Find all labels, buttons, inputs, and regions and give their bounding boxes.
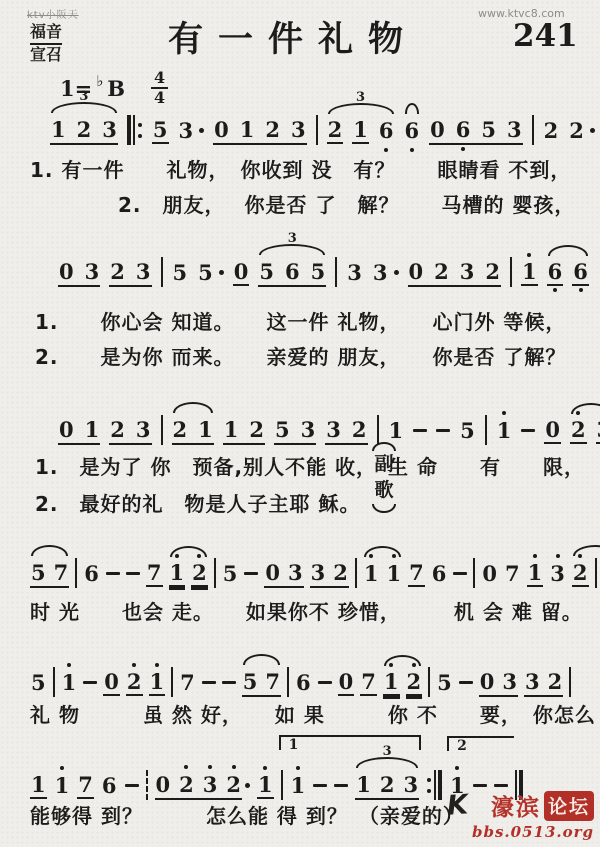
note: 5	[30, 558, 47, 586]
slur-arc-icon	[173, 402, 213, 413]
note-digit: 3	[311, 562, 326, 583]
note-digit: 1	[528, 562, 543, 583]
note: 2	[248, 415, 265, 443]
note-digit: 0	[265, 562, 280, 583]
note-digit: 2	[328, 119, 343, 140]
note: 6	[404, 116, 421, 144]
music-line-5: 510217576071250332	[30, 662, 571, 702]
note: 2	[178, 770, 195, 798]
note: 1	[257, 771, 274, 799]
octave-dot-below-icon	[579, 288, 583, 292]
note: 2	[568, 116, 585, 144]
note: 1	[496, 416, 513, 444]
beam-group: 0653	[429, 115, 523, 145]
note: 0	[544, 416, 561, 444]
note: 1	[363, 559, 380, 587]
octave-dot-below-icon	[384, 148, 388, 152]
barline	[287, 667, 289, 697]
note: 1	[355, 770, 372, 798]
note-digit: 7	[78, 774, 93, 795]
note-digit: 3	[404, 774, 419, 795]
note-digit: 2	[544, 120, 559, 141]
note-digit: 5	[437, 672, 452, 693]
lyrics-row-4: 2. 是为你 而来。 亲爱的 朋友， 你是否 了解？	[35, 345, 566, 369]
note-digit: 5	[460, 420, 475, 441]
note: 2	[327, 116, 344, 144]
note-digit: 7	[180, 672, 195, 693]
note: 7	[53, 558, 70, 586]
note-digit: 2	[352, 419, 367, 440]
note: 3	[135, 257, 152, 285]
beam-group: 03	[479, 667, 518, 697]
octave-dot-above-icon	[232, 765, 236, 769]
note: 3	[101, 115, 118, 143]
note-digit: 0	[234, 261, 249, 282]
note: 7	[264, 667, 281, 695]
note: 3	[290, 115, 307, 143]
slur-arc-icon	[31, 545, 68, 556]
note: 5	[172, 258, 189, 286]
octave-dot-above-icon	[197, 554, 201, 558]
barline	[53, 667, 55, 697]
barline	[161, 257, 163, 287]
note-digit: 5	[275, 419, 290, 440]
note-digit: 1	[353, 119, 368, 140]
note: 1	[239, 115, 256, 143]
slur-group: 57	[242, 667, 281, 697]
note: 6	[455, 115, 472, 143]
page-number: 241	[513, 18, 578, 54]
barline	[214, 558, 216, 588]
octave-dot-above-icon	[60, 766, 64, 770]
note-digit: 2	[265, 119, 280, 140]
lyrics-row-5: 1. 是为了 你 预备,别人不能 收， 生 命 有 限，	[35, 455, 585, 479]
note-digit: 3	[288, 562, 303, 583]
duration-dash	[244, 572, 258, 575]
volta-number: 1	[289, 737, 299, 753]
duration-dash	[125, 784, 139, 787]
note: 3	[372, 258, 389, 286]
note: 2	[109, 257, 126, 285]
beam-group: 0232	[408, 257, 502, 287]
note: 0	[233, 258, 250, 286]
note-digit: 3	[347, 262, 362, 283]
note-digit: 1	[364, 563, 379, 584]
song-title: 有一件礼物	[168, 12, 418, 62]
note-digit: 2	[77, 119, 92, 140]
refrain-marker-top-char: 副	[374, 452, 393, 478]
barline	[532, 115, 534, 145]
note-digit: 1	[85, 419, 100, 440]
repeat-open-barline	[127, 115, 143, 145]
note: 2	[76, 115, 93, 143]
note-digit: 3	[550, 563, 565, 584]
note-digit: 1	[522, 261, 537, 282]
note: 0	[58, 415, 75, 443]
note: 5	[480, 115, 497, 143]
note: 2	[332, 558, 349, 586]
note: 3	[403, 770, 420, 798]
note-digit: 1	[51, 119, 66, 140]
note-digit: 2	[173, 419, 188, 440]
note: 2	[379, 770, 396, 798]
note-digit: 5	[259, 261, 274, 282]
note: 5	[459, 416, 476, 444]
forum-name-boxed: 论坛	[544, 791, 594, 821]
note: 0	[408, 257, 425, 285]
note: 5	[436, 668, 453, 696]
forum-name: 濠滨	[491, 789, 541, 822]
note: 3	[287, 558, 304, 586]
note-digit: 2	[407, 671, 422, 692]
music-line-3: 0123211253321510237	[58, 410, 600, 450]
note-digit: 7	[409, 562, 424, 583]
note-digit: 2	[110, 419, 125, 440]
augmentation-dot	[590, 128, 595, 133]
note: 3	[325, 415, 342, 443]
tuplet-number: 3	[327, 90, 395, 105]
lyrics-row-7: 时 光 也会 走。 如果你不 珍惜， 机 会 难 留。	[30, 600, 583, 624]
note: 6	[83, 559, 100, 587]
slur-group: 23	[570, 416, 600, 444]
note-digit: 3	[597, 419, 600, 440]
augmentation-dot	[394, 270, 399, 275]
barline	[316, 115, 318, 145]
note-digit: 6	[379, 120, 394, 141]
lyrics-row-8: 礼 物 虽 然 好， 如 果 你 不 要， 你怎么	[30, 703, 596, 727]
note: 5	[258, 257, 275, 285]
note-digit: 7	[361, 671, 376, 692]
note-digit: 0	[59, 419, 74, 440]
note: 0	[481, 559, 498, 587]
music-line-1: 312353012332166065322	[50, 110, 595, 150]
octave-dot-above-icon	[455, 766, 459, 770]
note-digit: 0	[339, 671, 354, 692]
note-digit: 2	[192, 562, 207, 583]
note-digit: 1	[497, 420, 512, 441]
category-label-bottom: 宣召	[30, 45, 62, 65]
note: 2	[433, 257, 450, 285]
note-digit: 5	[173, 262, 188, 283]
lyrics-row-9: 能够得 到？ 怎么能 得 到？ （亲爱的）	[30, 804, 464, 828]
tuplet-number: 3	[355, 744, 419, 759]
note: 1	[84, 415, 101, 443]
octave-dot-above-icon	[412, 663, 416, 667]
note: 3	[84, 257, 101, 285]
note-digit: 6	[285, 261, 300, 282]
note: 3	[346, 258, 363, 286]
lyrics-row-3: 1. 你心会 知道。 这一件 礼物， 心门外 等候，	[35, 310, 566, 334]
note: 2	[547, 667, 564, 695]
note: 3	[202, 770, 219, 798]
note-digit: 3	[502, 671, 517, 692]
music-line-4: 576712503321176071322	[30, 553, 600, 593]
barline	[485, 415, 487, 445]
note-digit: 3	[373, 262, 388, 283]
beam-group: 32	[310, 558, 349, 588]
note-digit: 1	[170, 562, 185, 583]
slur-group: 66	[547, 258, 589, 286]
note: 1	[54, 771, 71, 799]
octave-dot-above-icon	[184, 765, 188, 769]
note-digit: 0	[482, 563, 497, 584]
note: 2	[264, 115, 281, 143]
note: 1	[290, 771, 307, 799]
octave-dot-above-icon	[208, 765, 212, 769]
note: 7	[146, 559, 163, 587]
note: 6	[284, 257, 301, 285]
note-digit: 5	[311, 261, 326, 282]
note-digit: 2	[333, 562, 348, 583]
repeat-dots-icon	[138, 123, 142, 138]
note-digit: 5	[153, 119, 168, 140]
octave-dot-above-icon	[578, 554, 582, 558]
note-digit: 5	[223, 563, 238, 584]
octave-dot-above-icon	[533, 554, 537, 558]
note-digit: 7	[54, 562, 69, 583]
slur-group: 11	[363, 559, 402, 587]
repeat-close-barline	[426, 770, 442, 800]
octave-dot-above-icon	[556, 554, 560, 558]
note-digit: 6	[102, 775, 117, 796]
note-digit: 3	[85, 261, 100, 282]
duration-dash	[473, 784, 487, 787]
note-digit: 6	[456, 119, 471, 140]
note: 5	[274, 415, 291, 443]
octave-dot-above-icon	[175, 554, 179, 558]
barline	[428, 667, 430, 697]
note: 1	[521, 258, 538, 286]
note: 3	[596, 416, 600, 444]
note: 2	[172, 415, 189, 443]
note: 0	[58, 257, 75, 285]
barline	[377, 415, 379, 445]
note-digit: 3	[203, 774, 218, 795]
tuplet-group: 3123	[50, 115, 118, 145]
note-digit: 6	[405, 120, 420, 141]
note-digit: 2	[179, 774, 194, 795]
note-digit: 1	[31, 774, 46, 795]
note-digit: 6	[84, 563, 99, 584]
slur-group: 22	[572, 558, 600, 588]
note-digit: 7	[265, 671, 280, 692]
corner-watermark: ktv小阪天	[27, 6, 79, 21]
octave-dot-above-icon	[576, 411, 580, 415]
slur-group: 12	[169, 559, 208, 587]
note: 7	[504, 559, 521, 587]
octave-dot-above-icon	[155, 663, 159, 667]
octave-dot-above-icon	[369, 554, 373, 558]
note-digit: 2	[380, 774, 395, 795]
note: 2	[406, 668, 423, 696]
barline	[569, 667, 571, 697]
note-digit: 0	[156, 774, 171, 795]
slur-arc-icon	[243, 654, 280, 665]
note-digit: 1	[387, 563, 402, 584]
note-digit: 1	[240, 119, 255, 140]
note-digit: 5	[198, 262, 213, 283]
note-digit: 3	[179, 120, 194, 141]
beam-group: 32	[524, 667, 563, 697]
forum-url: bbs.0513.org	[472, 823, 594, 841]
note-digit: 6	[296, 672, 311, 693]
note: 5	[310, 257, 327, 285]
note: 2	[570, 416, 587, 444]
duration-dash	[521, 429, 535, 432]
slur-group: 6	[404, 116, 421, 144]
note: 5	[242, 667, 259, 695]
note: 2	[351, 415, 368, 443]
duration-dash	[83, 681, 97, 684]
note: 0	[479, 667, 496, 695]
note-digit: 2	[569, 120, 584, 141]
note: 3	[178, 116, 195, 144]
note-digit: 5	[31, 672, 46, 693]
refrain-marker-bottom-char: 歌	[374, 478, 393, 504]
duration-dash	[222, 681, 236, 684]
note: 1	[50, 115, 67, 143]
slur-arc-icon	[405, 103, 420, 114]
note-digit: 3	[102, 119, 117, 140]
note: 3	[506, 115, 523, 143]
note: 6	[431, 559, 448, 587]
note: 1	[388, 416, 405, 444]
note: 6	[572, 258, 589, 286]
beam-group: 0232	[155, 770, 243, 800]
duration-dash	[313, 784, 327, 787]
note-digit: 3	[460, 261, 475, 282]
barline	[355, 558, 357, 588]
note: 7	[408, 559, 425, 587]
barline	[281, 770, 283, 800]
beam-group: 53	[274, 415, 316, 445]
note-digit: 2	[127, 671, 142, 692]
barline	[595, 558, 597, 588]
lyrics-row-1: 1. 有一件 礼物， 你收到 没 有？ 眼睛看 不到，	[30, 158, 571, 182]
time-signature: 4 4	[151, 70, 168, 106]
octave-dot-above-icon	[296, 766, 300, 770]
note: 1	[386, 559, 403, 587]
note: 7	[77, 771, 94, 799]
footer-watermark: 濠滨 论坛 bbs.0513.org	[472, 789, 594, 841]
note-digit: 3	[507, 119, 522, 140]
note: 0	[213, 115, 230, 143]
note: 6	[101, 771, 118, 799]
forum-name-row: 濠滨 论坛	[472, 789, 594, 822]
time-signature-denominator: 4	[154, 89, 165, 106]
refrain-arc-top-icon	[372, 442, 396, 451]
beam-group: 12	[223, 415, 265, 445]
note-digit: 1	[384, 671, 399, 692]
tuplet-group: 3123	[355, 770, 419, 800]
note-digit: 2	[249, 419, 264, 440]
barline	[473, 558, 475, 588]
note: 1	[197, 415, 214, 443]
note: 0	[103, 668, 120, 696]
note-digit: 6	[573, 261, 588, 282]
note: 7	[360, 668, 377, 696]
octave-dot-below-icon	[553, 288, 557, 292]
note: 6	[547, 258, 564, 286]
note-digit: 6	[432, 563, 447, 584]
octave-dot-above-icon	[389, 663, 393, 667]
note: 1	[30, 771, 47, 799]
slur-group: 12	[383, 668, 422, 696]
note-digit: 0	[59, 261, 74, 282]
note: 2	[109, 415, 126, 443]
note: 3	[524, 667, 541, 695]
note: 1	[352, 116, 369, 144]
note-digit: 3	[136, 261, 151, 282]
beam-group: 23	[109, 257, 151, 287]
beam-group: 23	[109, 415, 151, 445]
note: 1	[383, 668, 400, 696]
category-label: 福音 宣召	[30, 22, 62, 65]
slur-arc-icon	[573, 545, 600, 556]
repeat-dots-icon	[427, 778, 431, 793]
note: 0	[429, 115, 446, 143]
note-digit: 7	[505, 563, 520, 584]
beam-group: 01	[58, 415, 100, 445]
note-digit: 0	[409, 261, 424, 282]
note-digit: 2	[110, 261, 125, 282]
note: 1	[223, 415, 240, 443]
dashed-barline	[146, 770, 148, 800]
barline	[510, 257, 512, 287]
note-digit: 1	[224, 419, 239, 440]
note: 5	[222, 559, 239, 587]
beam-group: 03	[58, 257, 100, 287]
note: 5	[197, 258, 214, 286]
note-digit: 3	[291, 119, 306, 140]
note-digit: 3	[326, 419, 341, 440]
note-digit: 0	[214, 119, 229, 140]
flat-sign: ♭	[96, 72, 103, 90]
note: 3	[501, 667, 518, 695]
slur-group: 21	[172, 415, 214, 445]
octave-dot-above-icon	[502, 411, 506, 415]
octave-dot-below-icon	[461, 147, 465, 151]
note: 6	[295, 668, 312, 696]
note: 3	[459, 257, 476, 285]
note-digit: 1	[150, 671, 165, 692]
note-digit: 2	[548, 671, 563, 692]
barline	[161, 415, 163, 445]
note-digit: 3	[525, 671, 540, 692]
note-digit: 2	[434, 261, 449, 282]
note-digit: 2	[571, 419, 586, 440]
note-digit: 2	[573, 562, 588, 583]
note-digit: 7	[147, 562, 162, 583]
augmentation-dot	[199, 128, 204, 133]
note: 5	[152, 116, 169, 144]
volta-number: 2	[457, 738, 467, 754]
note-digit: 0	[480, 671, 495, 692]
duration-dash	[334, 784, 348, 787]
note: 2	[225, 770, 242, 798]
note: 1	[149, 668, 166, 696]
note: 1	[169, 559, 186, 587]
note-digit: 1	[55, 775, 70, 796]
octave-dot-above-icon	[132, 663, 136, 667]
octave-dot-above-icon	[527, 253, 531, 257]
note: 1	[61, 668, 78, 696]
sheet-music-page: ktv小阪天 福音 宣召 有一件礼物 www.ktvc8.com 241 1=♭…	[0, 0, 600, 847]
duration-dash	[126, 572, 140, 575]
duration-dash	[453, 572, 467, 575]
category-label-top: 福音	[30, 22, 62, 45]
octave-dot-above-icon	[67, 663, 71, 667]
